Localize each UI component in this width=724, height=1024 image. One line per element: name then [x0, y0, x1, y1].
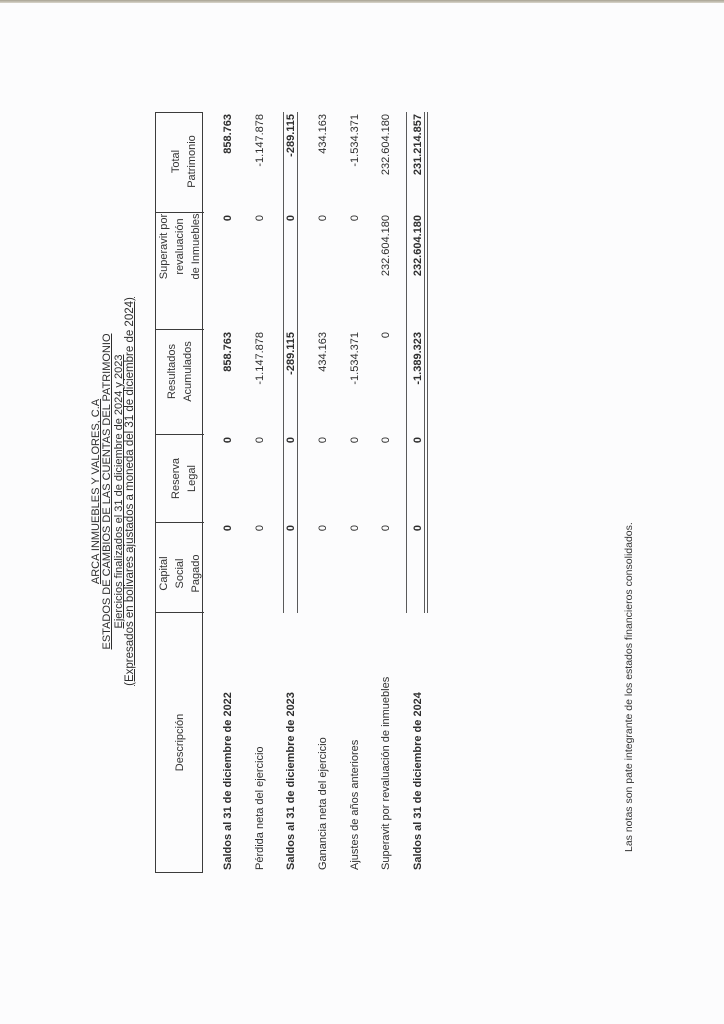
cell-surplus: 0	[253, 213, 267, 330]
total-2024-double-rule-1	[424, 112, 425, 613]
cell-capital: 0	[348, 523, 362, 613]
header-capital: Capital Social Pagado	[156, 522, 204, 612]
total-2024-double-rule-2	[427, 112, 428, 613]
cell-accumulated: -1.389.323	[411, 330, 425, 435]
header-surplus: Superavit por revaluación de Inmuebles	[156, 212, 204, 329]
cell-accumulated: -1.147.878	[253, 330, 267, 435]
header-line: revaluación	[172, 218, 188, 274]
row-description: Saldos al 31 de diciembre de 2024	[411, 613, 425, 873]
table-header: Descripción Capital Social Pagado Reserv…	[155, 112, 203, 873]
row-description: Saldos al 31 de diciembre de 2022	[221, 613, 235, 873]
header-line: Resultados	[164, 344, 180, 399]
cell-reserve: 0	[253, 435, 267, 523]
table-row: Saldos al 31 de diciembre de 2022 0 0 85…	[212, 112, 244, 873]
row-description: Pérdida neta del ejercicio	[253, 613, 267, 873]
cell-surplus: 0	[316, 213, 330, 330]
table-row: Superavit por revaluación de inmuebles 0…	[370, 112, 402, 873]
cell-capital: 0	[411, 523, 425, 613]
cell-surplus: 0	[221, 213, 235, 330]
table-row: Saldos al 31 de diciembre de 2023 0 0 -2…	[275, 112, 307, 873]
header-line: Descripción	[172, 714, 188, 771]
header-line: Superavit por	[156, 214, 172, 279]
subtotal-2023-bottom-rule	[297, 112, 298, 613]
row-description: Saldos al 31 de diciembre de 2023	[284, 613, 298, 873]
header-line: Legal	[184, 465, 200, 492]
header-line: Reserva	[168, 458, 184, 499]
header-line: Pagado	[188, 555, 204, 593]
cell-total: 434.163	[316, 112, 330, 213]
header-line: Social	[172, 559, 188, 589]
cell-reserve: 0	[316, 435, 330, 523]
statement-period-text: Ejercicios finalizados el 31 de diciembr…	[113, 355, 125, 629]
subtotal-2023-top-rule	[283, 112, 284, 613]
row-description: Superavit por revaluación de inmuebles	[379, 613, 393, 873]
cell-total: 232.604.180	[379, 112, 393, 213]
header-line: Total	[168, 150, 184, 173]
cell-total: -1.147.878	[253, 112, 267, 213]
cell-reserve: 0	[411, 435, 425, 523]
cell-accumulated: 858.763	[221, 330, 235, 435]
header-line: Acumulados	[180, 341, 196, 402]
total-2024-top-rule	[406, 112, 407, 613]
table-row: Ajustes de años anteriores 0 0 -1.534.37…	[339, 112, 371, 873]
cell-reserve: 0	[348, 435, 362, 523]
company-name-text: ARCA INMUEBLES Y VALORES, C.A	[90, 399, 102, 584]
cell-capital: 0	[253, 523, 267, 613]
header-reserve: Reserva Legal	[156, 434, 204, 522]
cell-capital: 0	[379, 523, 393, 613]
footer-note: Las notas son pate integrante de los est…	[623, 522, 636, 852]
cell-total: 231.214.857	[411, 112, 425, 213]
cell-accumulated: 0	[379, 330, 393, 435]
cell-surplus: 232.604.180	[411, 213, 425, 330]
row-description: Ganancia neta del ejercicio	[316, 613, 330, 873]
table-body: Saldos al 31 de diciembre de 2022 0 0 85…	[212, 112, 434, 873]
header-line: Capital	[156, 556, 172, 590]
cell-total: 858.763	[221, 112, 235, 213]
header-total: Total Patrimonio	[156, 111, 204, 212]
statement-heading: ARCA INMUEBLES Y VALORES, C.A ESTADOS DE…	[91, 110, 137, 873]
cell-capital: 0	[316, 523, 330, 613]
currency-note-text: (Expresados en bolivares ajustados a mon…	[124, 297, 136, 686]
cell-surplus: 0	[348, 213, 362, 330]
cell-accumulated: -1.534.371	[348, 330, 362, 435]
header-line: de Inmuebles	[188, 213, 204, 279]
currency-note: (Expresados en bolivares ajustados a mon…	[125, 110, 136, 873]
row-description: Ajustes de años anteriores	[348, 613, 362, 873]
table-row: Ganancia neta del ejercicio 0 0 434.163 …	[307, 112, 339, 873]
statement-title-text: ESTADOS DE CAMBIOS DE LAS CUENTAS DEL PA…	[101, 334, 113, 650]
statement-page: ARCA INMUEBLES Y VALORES, C.A ESTADOS DE…	[0, 0, 724, 1024]
header-accumulated: Resultados Acumulados	[156, 329, 204, 434]
cell-reserve: 0	[221, 435, 235, 523]
cell-total: -1.534.371	[348, 112, 362, 213]
table-row: Pérdida neta del ejercicio 0 0 -1.147.87…	[244, 112, 276, 873]
header-description: Descripción	[156, 612, 204, 872]
cell-accumulated: 434.163	[316, 330, 330, 435]
cell-reserve: 0	[379, 435, 393, 523]
header-line: Patrimonio	[184, 135, 200, 188]
cell-surplus: 232.604.180	[379, 213, 393, 330]
cell-capital: 0	[221, 523, 235, 613]
